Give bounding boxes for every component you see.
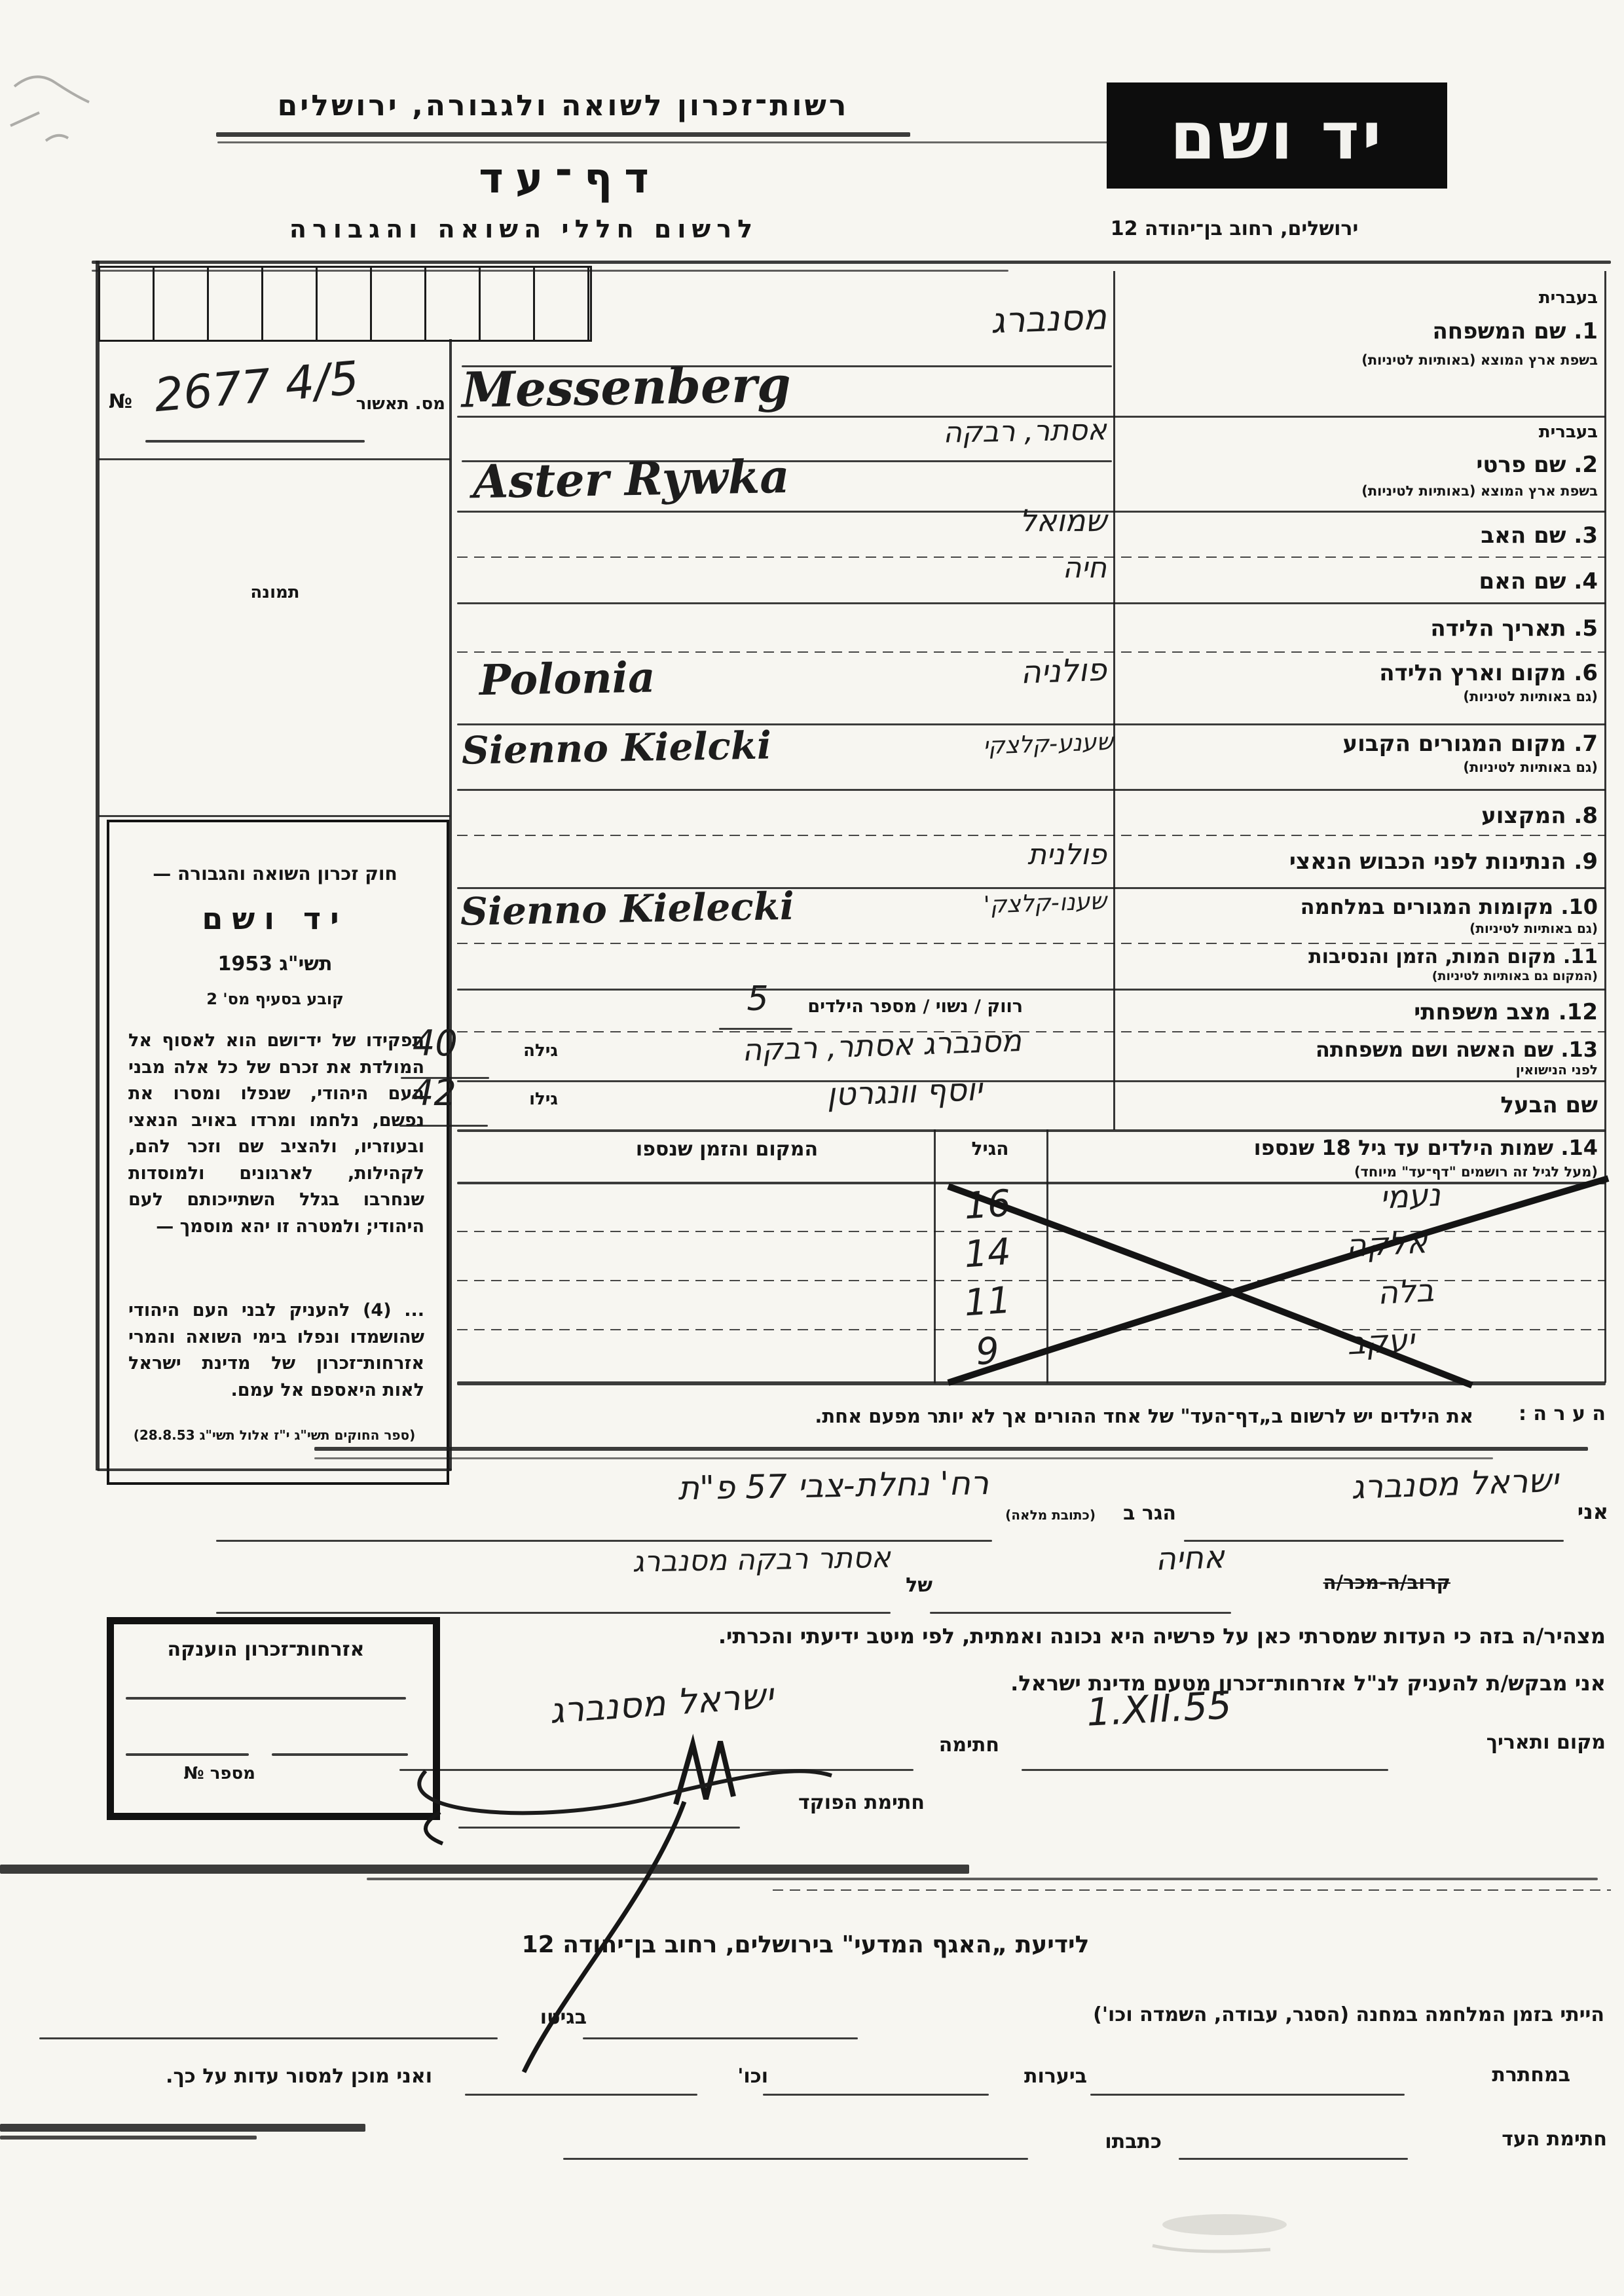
photo-box-top [98, 458, 451, 460]
stamp-line-right [272, 1753, 408, 1756]
entry-husband-name: יוסף וונגרטן [608, 1071, 983, 1121]
field-6-label: 6. מקום וארץ הלידה [1120, 660, 1598, 686]
husband-label: שם הבעל [1120, 1092, 1598, 1118]
field-4-label: 4. שם האם [1120, 568, 1598, 594]
left-column-bottom [97, 1468, 452, 1471]
relation-handwritten: אחיה [1008, 1539, 1225, 1582]
entry-wife-name: מסנברג אסתר, רבקה [648, 1023, 1022, 1071]
field-3-label: 3. שם האב [1120, 522, 1598, 549]
law-paragraph-2: ... (4) להעניק לבני העם היהודי שהושמדו ו… [128, 1298, 424, 1404]
witness-sig-underline [1179, 2158, 1408, 2160]
field-7-sub: (גם באותיות לטיניות) [1120, 759, 1598, 775]
scientific-dept-title: לידיעת „האגף המדעי" בירושלים, רחוב בן־יה… [452, 1931, 1159, 1958]
wife-age-label: גילה [492, 1041, 558, 1061]
camp-underline [583, 2037, 858, 2039]
law-line1: חוק זכרון השואה והגבורה — [131, 863, 419, 884]
page-divider-dotted [773, 1889, 1611, 1891]
left-border [96, 261, 100, 1470]
willing-statement: ואני מוכן למסור עדות על כך. [39, 2065, 432, 2088]
serial-underline [145, 440, 365, 443]
field-5-label: 5. תאריך הלידה [1120, 615, 1598, 642]
yad-vashem-logo: יד ושם [1107, 82, 1447, 189]
his-address-underline [563, 2158, 1028, 2160]
law-paragraph-1: תפקידו של יד־ושם הוא לאסוף אל המולדת את … [128, 1028, 424, 1240]
declarant-address-handwritten: רח' נחלת-צבי 57 פ"ת [393, 1464, 989, 1512]
child-age: 9 [940, 1327, 1035, 1376]
field-11-label: 11. מקום המות, הזמן והנסיבות [1120, 945, 1598, 968]
form-subtitle: לרשום חללי השואה והגבורה [275, 215, 773, 244]
field-11-sub: (המקום גם באותיות לטיניות) [1120, 969, 1598, 983]
bottom-left-heavy-rule2 [0, 2136, 257, 2140]
form-title: דף־עד [452, 155, 688, 203]
stamp-number-word: מספר [210, 1764, 255, 1783]
ruled-line [457, 602, 1606, 604]
field-1-label: 1. שם המשפחה [1120, 318, 1598, 344]
ghetto-underline [39, 2037, 498, 2039]
stamp-line-left [126, 1753, 249, 1756]
stamp-no-sign: № [183, 1764, 204, 1783]
his-address-label: כתבתו [1037, 2130, 1162, 2153]
field-2-sub: בשפת ארץ המוצא (באותיות לטיניות) [1120, 483, 1598, 499]
serial-digit-grid [98, 266, 592, 342]
declarant-name-handwritten: ישראל מסנברג [1178, 1461, 1559, 1512]
field-14-sub: (מעל לגיל זה רושמים "דף־עד" מיוחד) [1087, 1164, 1598, 1180]
declaration-i-label: אני [1566, 1499, 1608, 1524]
law-source: (ספר החוקים תשי"ג י"ז אלול תשי"ג 28.8.53… [122, 1427, 427, 1443]
child-age: 16 [940, 1180, 1035, 1230]
page-divider-thin [367, 1878, 1598, 1880]
underground-label: במחתרת [1416, 2064, 1570, 2086]
field-7-label: 7. מקום המגורים הקבוע [1120, 731, 1598, 757]
field-8-label: 8. המקצוע [1120, 803, 1598, 829]
table-top-border [457, 1129, 1606, 1132]
etc-label: וכו' [706, 2065, 768, 2088]
camp-line-label: הייתי בזמן המלחמה במחנה (הסגר, עבודה, הש… [851, 2003, 1604, 2026]
serial-no-sign: № [109, 390, 141, 413]
law-year: תשי"ג 1953 [131, 953, 419, 975]
entry-residence-latin: Sienno Kielcki [461, 720, 959, 773]
field-2-label: 2. שם פרטי [1120, 452, 1598, 478]
field-12-label: 12. מצב משפחתי [1120, 999, 1598, 1025]
table-col-age: הגיל [944, 1138, 1036, 1159]
entry-surname-hebrew: מסנברג [890, 296, 1107, 344]
of-label: של [887, 1574, 932, 1597]
stamp-title: אזרחות־זכרון הוענקה [122, 1638, 410, 1661]
witness-sig-label: חתימת העד [1420, 2128, 1607, 2151]
ruled-line [457, 989, 1606, 991]
ruled-line [457, 1031, 1606, 1032]
stamp-line-full [126, 1697, 406, 1700]
field-6-sub: (גם באותיות לטיניות) [1120, 689, 1598, 704]
table-col-place: המקום והזמן שנספו [557, 1138, 897, 1161]
table-bottom-border [457, 1381, 1606, 1385]
signature-underline [399, 1769, 913, 1771]
ruled-line [457, 835, 1606, 836]
right-border [1604, 271, 1606, 1383]
entry-surname-latin: Messenberg [461, 355, 881, 418]
child-age: 11 [940, 1277, 1035, 1326]
forests-label: ביערות [995, 2065, 1087, 2088]
field-10-sub: (גם באותיות לטיניות) [1120, 920, 1598, 936]
entry-citizenship: פולנית [956, 838, 1107, 871]
section-divider2 [314, 1457, 1493, 1459]
relation-underline [930, 1612, 1231, 1614]
field-lang-note-2: בעברית [1120, 422, 1598, 442]
left-column-divider [449, 339, 452, 1470]
scan-smudge-line [1153, 2246, 1270, 2251]
subject-underline [216, 1612, 891, 1614]
entry-birthplace-latin: Polonia [479, 651, 794, 705]
field-13-label: 13. שם האשה ושם משפחתה [1120, 1037, 1598, 1062]
entry-mother-name: חיה [976, 551, 1107, 585]
entry-birthplace-hebrew: פולניה [916, 651, 1107, 695]
signature-label: חתימה [914, 1734, 999, 1757]
title-underline-thin [217, 141, 1252, 143]
entry-father-name: שמואל [936, 503, 1107, 538]
note-label: ה ע ר ה : [1481, 1402, 1606, 1425]
entry-husband-age: 42 [411, 1072, 483, 1114]
ruled-line [457, 789, 1606, 791]
husband-age-label: גילו [492, 1089, 558, 1109]
pencil-scribble [10, 77, 89, 141]
subject-name-handwritten: אסתר רבקה מסנברג [563, 1541, 891, 1580]
form-top-border [92, 261, 1611, 264]
underground-underline [1090, 2094, 1405, 2096]
date-underline [1022, 1769, 1388, 1771]
title-underline [216, 132, 910, 137]
scanned-testimony-page: רשות־זכרון לשואה ולגבורה, ירושלים דף־עד … [0, 0, 1624, 2296]
ruled-line [457, 943, 1606, 944]
stamp-number-label: מספר № [124, 1764, 255, 1783]
clerk-signature-label: חתימת הפוקד [741, 1791, 925, 1814]
declarant-underline [1184, 1540, 1564, 1542]
note-text: את הילדים יש לרשום ב„דף־העד" של אחד ההור… [655, 1405, 1473, 1427]
field-14-label: 14. שמות הילדים עד גיל 18 שנספו [1087, 1135, 1598, 1160]
marital-status-options: רווק / נשוי / מספר הילדים [794, 996, 1023, 1017]
resides-label: הגר ב [1091, 1502, 1176, 1525]
scan-smudge [1162, 2214, 1287, 2235]
ruled-line [457, 1080, 1606, 1082]
child-age: 14 [940, 1229, 1035, 1278]
children-count-underline [719, 1028, 792, 1030]
ghetto-label: בגיטו [502, 2006, 587, 2029]
serial-label: מס. תאשור [354, 394, 445, 414]
field-10-label: 10. מקומות המגורים במלחמה [1120, 894, 1598, 919]
field-1-sub: בשפת ארץ המוצא (באותיות לטיניות) [1120, 352, 1598, 368]
entry-children-count: 5 [735, 979, 781, 1019]
office-address: ירושלים, רחוב בן־יהודה 12 [1012, 217, 1457, 240]
place-date-label: מקום ותאריך [1412, 1731, 1606, 1754]
law-clause: קובע בסעיף מס' 2 [131, 990, 419, 1008]
relation-label: קרוב/ה-מכר/ה [1261, 1571, 1450, 1594]
law-name: יד ושם [131, 901, 419, 936]
table-vertical-left [934, 1129, 936, 1383]
authority-line: רשות־זכרון לשואה ולגבורה, ירושלים [203, 89, 923, 122]
address-note: (כתובת מלאה) [994, 1507, 1096, 1523]
labels-column-divider [1113, 271, 1115, 1130]
entry-firstname-latin: Aster Rywka [472, 446, 944, 509]
field-9-label: 9. הנתינות לפני הכבוש הנאצי [1120, 848, 1598, 875]
field-lang-note-1: בעברית [1120, 288, 1598, 308]
entry-wife-age: 40 [413, 1023, 485, 1064]
ruled-line [457, 651, 1606, 653]
forests-underline [763, 2094, 989, 2096]
etc-underline [465, 2094, 697, 2096]
bottom-left-heavy-rule [0, 2124, 365, 2132]
photo-placeholder-label: תמונה [216, 583, 334, 602]
table-vertical-right [1046, 1129, 1048, 1383]
field-13-sub: לפני הנישואין [1120, 1062, 1598, 1078]
clerk-signature-scribble [676, 1741, 733, 1804]
photo-box-bottom [98, 815, 451, 817]
husband-age-underline [399, 1125, 488, 1127]
page-divider-heavy [0, 1865, 969, 1874]
section-divider [314, 1447, 1588, 1451]
clerk-signature-underline [458, 1827, 740, 1829]
